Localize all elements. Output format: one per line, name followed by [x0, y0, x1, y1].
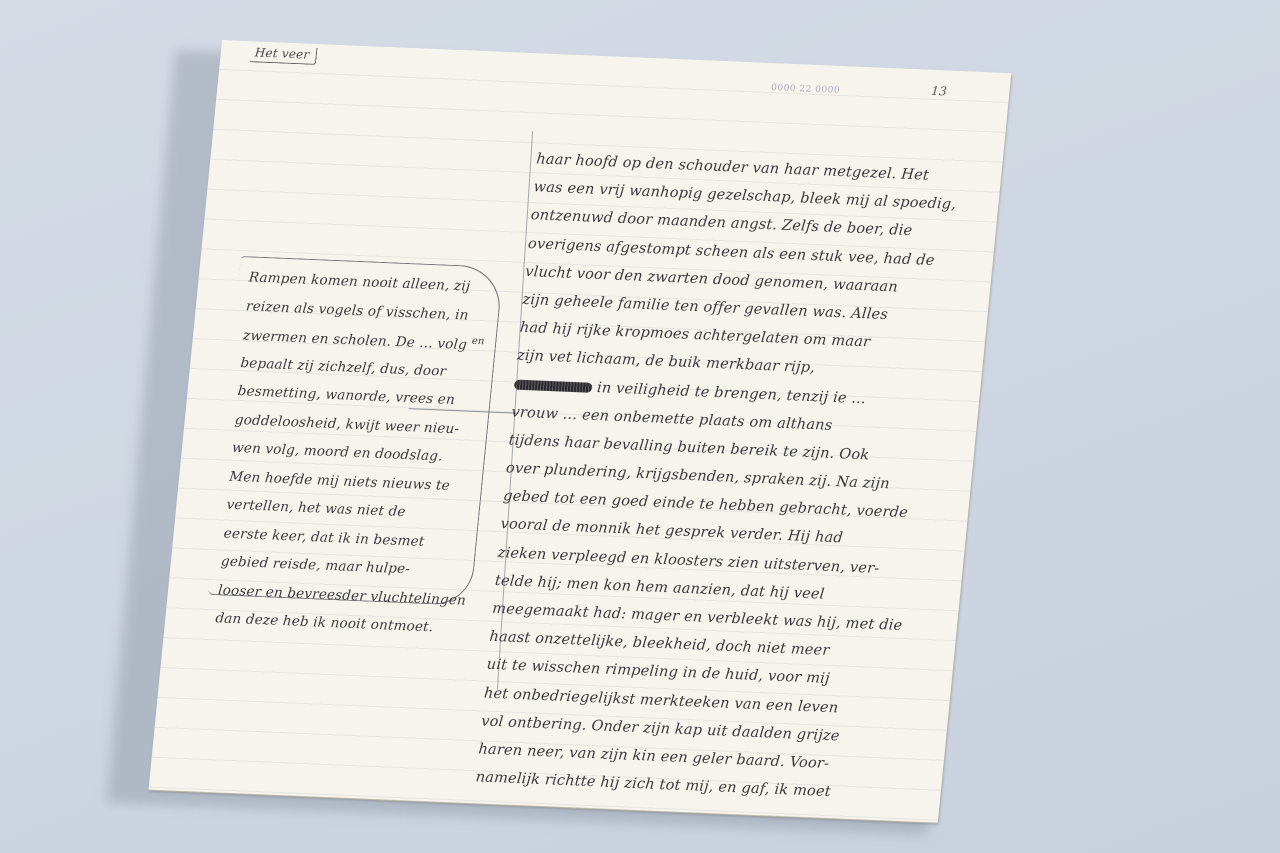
main-text-block: haar hoofd op den schouder van haar metg…: [474, 151, 1007, 817]
corner-tag: Het veer: [250, 45, 317, 65]
insert-text-block: Rampen komen nooit alleen, zij reizen al…: [213, 269, 499, 649]
crossed-out-word: [514, 379, 593, 392]
page-number: 13: [931, 84, 948, 99]
insert-annotation: en: [471, 336, 485, 347]
archive-stamp: 0000 22 0000: [771, 83, 841, 96]
manuscript-page: Het veer 0000 22 0000 13 haar hoofd op d…: [149, 40, 1012, 823]
